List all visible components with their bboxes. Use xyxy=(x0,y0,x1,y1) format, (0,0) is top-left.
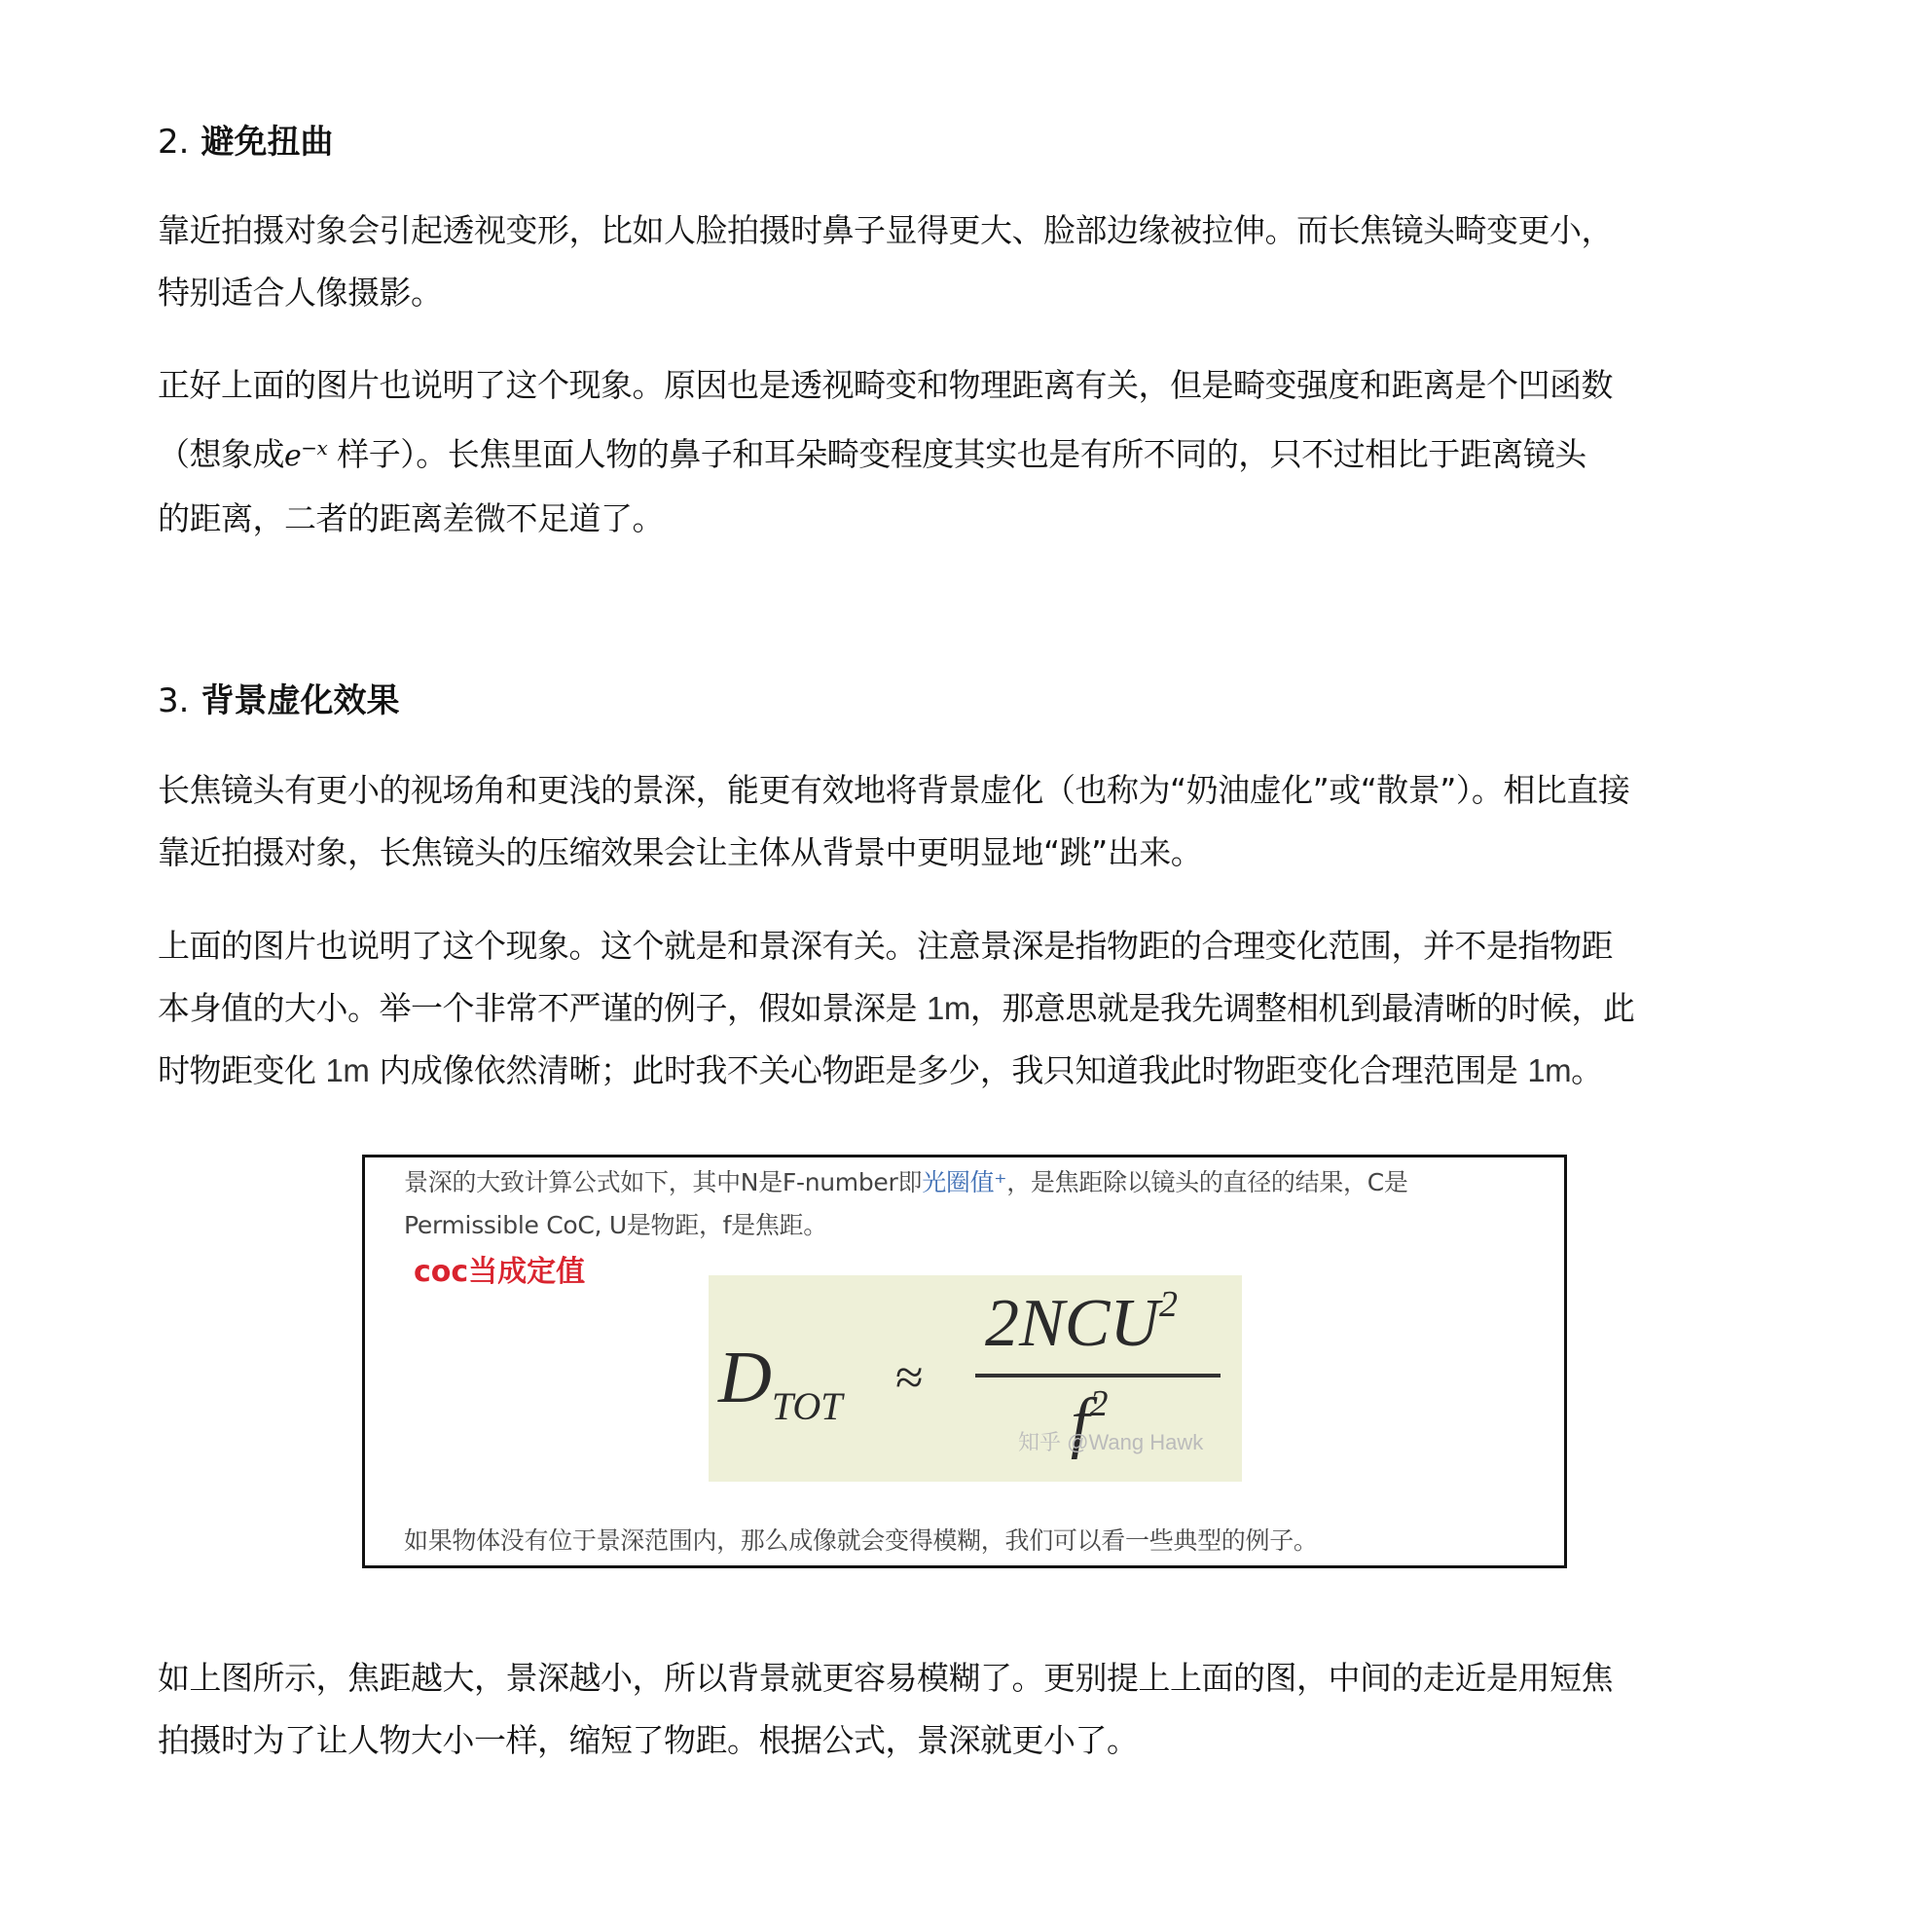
text-line: 时物距变化 1m 内成像依然清晰；此时我不关心物距是多少，我只知道我此时物距变化… xyxy=(158,1040,1783,1102)
paragraph-depth-of-field: 上面的图片也说明了这个现象。这个就是和景深有关。注意景深是指物距的合理变化范围，… xyxy=(158,915,1783,1102)
formula-exponent: 2 xyxy=(1159,1284,1178,1325)
formula-symbol: 2NCU xyxy=(985,1286,1159,1361)
link-label: 光圈值 xyxy=(922,1168,994,1196)
section-number: 2. xyxy=(158,123,189,162)
math-exponential: e−x xyxy=(284,439,327,473)
approx-symbol: ≈ xyxy=(895,1349,924,1407)
text-fragment: 时物距变化 xyxy=(158,1051,326,1089)
text-fragment: 样子）。长焦里面人物的鼻子和耳朵畸变程度其实也是有所不同的，只不过相比于距离镜头 xyxy=(327,435,1586,473)
formula-exponent: 2 xyxy=(1089,1383,1108,1424)
section-number: 3. xyxy=(158,681,189,720)
depth-of-field-formula-image: DTOT ≈ 2NCU2 f2 知乎 @Wang Hawk xyxy=(709,1275,1242,1482)
text-fragment: ，是焦距除以镜头的直径的结果，C是 xyxy=(1006,1168,1407,1196)
section-title: 背景虚化效果 xyxy=(200,681,399,720)
unit-value: 1m xyxy=(326,1052,370,1088)
text-line: 靠近拍摄对象，长焦镜头的压缩效果会让主体从背景中更明显地“跳”出来。 xyxy=(158,822,1783,884)
text-line: 如上图所示，焦距越大，景深越小，所以背景就更容易模糊了。更别提上上面的图，中间的… xyxy=(158,1647,1783,1709)
paragraph-distortion-explanation: 正好上面的图片也说明了这个现象。原因也是透视畸变和物理距离有关，但是畸变强度和距… xyxy=(158,354,1783,550)
text-line: 正好上面的图片也说明了这个现象。原因也是透视畸变和物理距离有关，但是畸变强度和距… xyxy=(158,354,1783,417)
unit-value: 1m xyxy=(927,990,970,1026)
unit-value: 1m xyxy=(1527,1052,1571,1088)
math-base: e xyxy=(284,439,301,473)
paragraph-blur-intro: 长焦镜头有更小的视场角和更浅的景深，能更有效地将背景虚化（也称为“奶油虚化”或“… xyxy=(158,759,1783,884)
text-fragment: （想象成 xyxy=(158,435,284,473)
text-line: （想象成e−x 样子）。长焦里面人物的鼻子和耳朵畸变程度其实也是有所不同的，只不… xyxy=(158,417,1783,488)
link-star-icon: ⁺ xyxy=(994,1168,1006,1196)
text-fragment: 景深的大致计算公式如下，其中N是F-number即 xyxy=(404,1168,922,1196)
watermark: 知乎 @Wang Hawk xyxy=(1018,1426,1203,1456)
text-line: 靠近拍摄对象会引起透视变形，比如人脸拍摄时鼻子显得更大、脸部边缘被拉伸。而长焦镜… xyxy=(158,200,1783,262)
formula-symbol: D xyxy=(718,1337,772,1418)
paragraph-closing: 如上图所示，焦距越大，景深越小，所以背景就更容易模糊了。更别提上上面的图，中间的… xyxy=(158,1647,1783,1772)
aperture-link[interactable]: 光圈值⁺ xyxy=(922,1168,1006,1196)
text-line: 的距离，二者的距离差微不足道了。 xyxy=(158,488,1783,550)
figure-caption: 如果物体没有位于景深范围内，那么成像就会变得模糊，我们可以看一些典型的例子。 xyxy=(404,1522,1318,1557)
section-title: 避免扭曲 xyxy=(200,123,333,162)
fraction-bar xyxy=(975,1374,1221,1377)
text-fragment: 内成像依然清晰；此时我不关心物距是多少，我只知道我此时物距变化合理范围是 xyxy=(369,1051,1527,1089)
paragraph-distortion-intro: 靠近拍摄对象会引起透视变形，比如人脸拍摄时鼻子显得更大、脸部边缘被拉伸。而长焦镜… xyxy=(158,200,1783,324)
math-exponent: −x xyxy=(301,436,327,459)
formula-numerator: 2NCU2 xyxy=(985,1283,1178,1363)
formula-lhs: DTOT xyxy=(718,1336,843,1429)
text-line: 上面的图片也说明了这个现象。这个就是和景深有关。注意景深是指物距的合理变化范围，… xyxy=(158,915,1783,977)
dof-formula-figure: 景深的大致计算公式如下，其中N是F-number即光圈值⁺，是焦距除以镜头的直径… xyxy=(362,1155,1567,1568)
formula-subscript: TOT xyxy=(772,1384,843,1428)
section-heading-avoid-distortion: 2.避免扭曲 xyxy=(158,115,333,163)
text-line: 特别适合人像摄影。 xyxy=(158,262,1783,324)
red-annotation: coc当成定值 xyxy=(414,1247,585,1290)
text-line: 拍摄时为了让人物大小一样，缩短了物距。根据公式，景深就更小了。 xyxy=(158,1709,1783,1772)
text-fragment: 。 xyxy=(1571,1051,1603,1089)
figure-text-line: Permissible CoC, U是物距，f是焦距。 xyxy=(404,1206,827,1241)
text-line: 本身值的大小。举一个非常不严谨的例子，假如景深是 1m，那意思就是我先调整相机到… xyxy=(158,977,1783,1040)
text-fragment: ，那意思就是我先调整相机到最清晰的时候，此 xyxy=(970,989,1635,1027)
figure-text-line: 景深的大致计算公式如下，其中N是F-number即光圈值⁺，是焦距除以镜头的直径… xyxy=(404,1163,1408,1198)
text-fragment: 本身值的大小。举一个非常不严谨的例子，假如景深是 xyxy=(158,989,927,1027)
section-heading-background-blur: 3.背景虚化效果 xyxy=(158,674,399,721)
text-line: 长焦镜头有更小的视场角和更浅的景深，能更有效地将背景虚化（也称为“奶油虚化”或“… xyxy=(158,759,1783,822)
